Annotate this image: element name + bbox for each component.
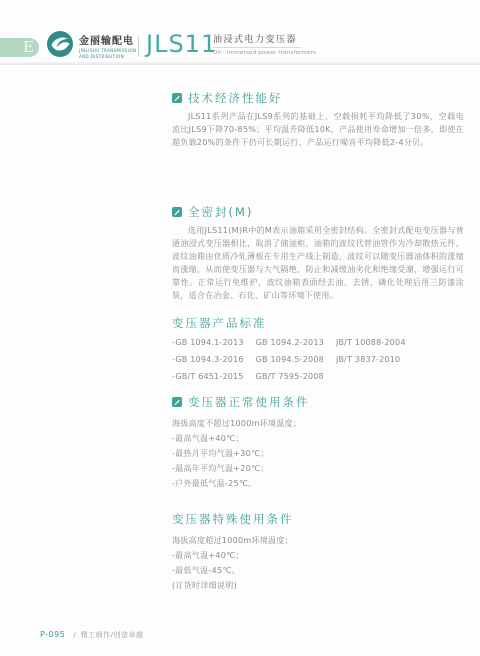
standard-code: -GB 1094.1-2013 xyxy=(172,338,244,347)
page-number: P-095 xyxy=(40,630,65,639)
normal-conditions-list: 海拔高度不超过1000m环境温度； -最高气温+40℃； -最热月平均气温+30… xyxy=(172,416,301,491)
section-heading-special-conditions: 变压器特殊使用条件 xyxy=(172,513,294,525)
standard-code: GB/T 7595-2008 xyxy=(256,372,324,381)
standard-code: GB 1094.2-2013 xyxy=(256,338,324,347)
pen-square-icon xyxy=(172,93,182,103)
pen-square-icon xyxy=(172,207,182,217)
condition-item: -最高气温+40℃； xyxy=(172,548,293,563)
footer-slogan: 精工细作/创造卓越 xyxy=(81,630,144,640)
condition-item: -最热月平均气温+30℃； xyxy=(172,446,301,461)
catalog-page: E 金丽输配电 JINLISHU TRANSMISSION AND DISTRI… xyxy=(0,0,480,656)
standard-code: -GB/T 6451-2015 xyxy=(172,372,244,381)
section-index-letter: E xyxy=(23,40,34,55)
section-heading-label: 变压器特殊使用条件 xyxy=(172,513,294,525)
company-name-cn: 金丽输配电 xyxy=(79,36,136,47)
standards-list: -GB 1094.1-2013GB 1094.2-2013JB/T 10088-… xyxy=(172,334,418,385)
company-logo-text: 金丽输配电 JINLISHU TRANSMISSION AND DISTRIBU… xyxy=(79,36,136,59)
product-title-en: Oil - immersed power transformers xyxy=(213,50,316,56)
condition-item: 海拔高度不超过1000m环境温度； xyxy=(172,416,301,431)
section-body-technical-economy: JLS11系列产品在JLS9系列的基础上，空载损耗平均降低了30%，空载电流比J… xyxy=(172,110,464,149)
standard-code: JB/T 3837-2010 xyxy=(336,355,400,364)
condition-item: (订货时详细说明) xyxy=(172,578,293,593)
product-title-divider xyxy=(213,47,301,48)
section-heading-label: 变压器正常使用条件 xyxy=(188,396,310,408)
section-heading-label: 变压器产品标准 xyxy=(172,317,267,329)
standards-row: -GB 1094.3-2016GB 1094.5-2008JB/T 3837-2… xyxy=(172,351,418,368)
product-title-cn: 油浸式电力变压器 xyxy=(213,35,316,46)
standards-row: -GB 1094.1-2013GB 1094.2-2013JB/T 10088-… xyxy=(172,334,418,351)
page-footer: P-095 / 精工细作/创造卓越 xyxy=(40,630,144,640)
section-heading-normal-conditions: 变压器正常使用条件 xyxy=(172,396,310,408)
standards-row: -GB/T 6451-2015GB/T 7595-2008 xyxy=(172,368,418,385)
header-divider xyxy=(0,62,480,65)
standard-code: JB/T 10088-2004 xyxy=(336,338,406,347)
product-title-block: 油浸式电力变压器 Oil - immersed power transforme… xyxy=(213,35,316,56)
company-logo-icon xyxy=(46,30,74,58)
section-heading-fully-sealed: 全密封(M) xyxy=(172,206,253,218)
condition-item: -户外最低气温-25℃。 xyxy=(172,476,301,491)
section-heading-label: 技术经济性能好 xyxy=(188,92,283,104)
product-model: JLS11 xyxy=(146,31,217,57)
company-name-en-line1: JINLISHU TRANSMISSION xyxy=(79,48,136,53)
section-heading-label: 全密封(M) xyxy=(188,206,253,218)
company-name-en-line2: AND DISTRIBUTION xyxy=(79,54,136,59)
standard-code: GB 1094.5-2008 xyxy=(256,355,324,364)
condition-item: -最低气温-45℃。 xyxy=(172,563,293,578)
standard-code: -GB 1094.3-2016 xyxy=(172,355,244,364)
special-conditions-list: 海拔高度超过1000m环境温度； -最高气温+40℃； -最低气温-45℃。 (… xyxy=(172,533,293,593)
section-heading-technical-economy: 技术经济性能好 xyxy=(172,92,283,104)
section-heading-product-standards: 变压器产品标准 xyxy=(172,317,267,329)
section-index-tab: E xyxy=(0,38,39,57)
section-body-fully-sealed: 选用JLS11(M)R中的M表示油箱采用全密封结构。全密封式配电变压器与普通油浸… xyxy=(172,224,464,302)
pen-square-icon xyxy=(172,397,182,407)
footer-separator: / xyxy=(73,631,75,639)
condition-item: -最高年平均气温+20℃； xyxy=(172,461,301,476)
condition-item: 海拔高度超过1000m环境温度； xyxy=(172,533,293,548)
header-vertical-divider xyxy=(138,36,139,57)
condition-item: -最高气温+40℃； xyxy=(172,431,301,446)
